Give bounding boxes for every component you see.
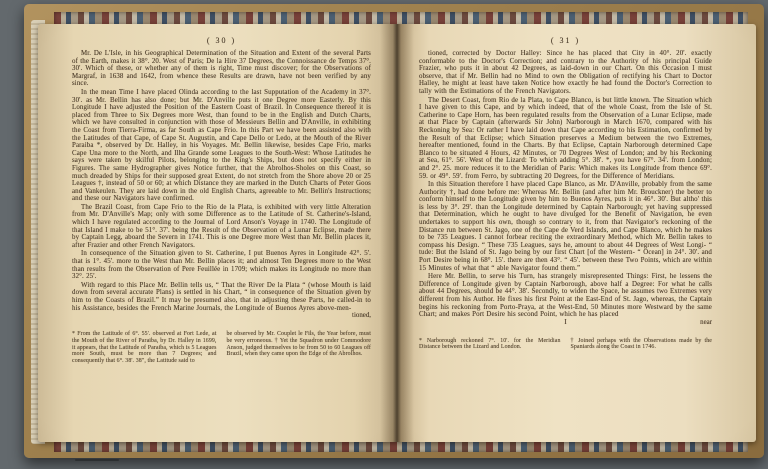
right-page: ( 31 ) tioned, corrected by Doctor Halle… (397, 24, 756, 442)
catchword: tioned, (352, 312, 371, 319)
footnote-separator (419, 328, 712, 338)
left-page-number: ( 30 ) (72, 36, 371, 45)
paragraph: tioned, corrected by Doctor Halley: Sinc… (419, 50, 712, 96)
right-page-footnotes: * Narborough reckoned 7°. 10'. for the M… (419, 338, 712, 351)
right-page-number: ( 31 ) (419, 36, 712, 45)
right-signature-line: I near (419, 319, 712, 328)
signature-mark: I (564, 319, 566, 326)
paragraph: In the mean Time I have placed Olinda ac… (72, 89, 371, 203)
catchword: near (700, 319, 712, 326)
left-page: ( 30 ) Mr. De L'Isle, in his Geographica… (38, 24, 397, 442)
right-page-body: tioned, corrected by Doctor Halley: Sinc… (419, 50, 712, 319)
footnote-column: † Joined perhaps with the Observations m… (571, 338, 713, 351)
open-book: ( 30 ) Mr. De L'Isle, in his Geographica… (24, 4, 764, 458)
left-catchword-line: tioned, (72, 312, 371, 321)
paragraph: Mr. De L'Isle, in his Geographical Deter… (72, 50, 371, 88)
page-spread: ( 30 ) Mr. De L'Isle, in his Geographica… (38, 24, 756, 442)
left-page-footnotes: * From the Latitude of 6°. 55'. observed… (72, 331, 371, 365)
scale-mark (75, 459, 119, 461)
footnote-column: be observed by Mr. Couplet le Fils, the … (227, 331, 372, 365)
paragraph: With regard to this Place Mr. Bellin tel… (72, 282, 371, 312)
paragraph: Here Mr. Bellin, to serve his Turn, has … (419, 273, 712, 319)
photograph-background: ( 30 ) Mr. De L'Isle, in his Geographica… (0, 0, 768, 469)
paragraph: The Desert Coast, from Rio de la Plata, … (419, 97, 712, 181)
footnote-column: * Narborough reckoned 7°. 10'. for the M… (419, 338, 561, 351)
paragraph: The Brazil Coast, from Cape Frio to the … (72, 204, 371, 250)
footnote-column: * From the Latitude of 6°. 55'. observed… (72, 331, 217, 365)
footnote-separator (72, 321, 371, 331)
paragraph: In this Situation therefore I have place… (419, 181, 712, 272)
left-page-body: Mr. De L'Isle, in his Geographical Deter… (72, 50, 371, 312)
paragraph: In consequence of the Situation given to… (72, 250, 371, 280)
